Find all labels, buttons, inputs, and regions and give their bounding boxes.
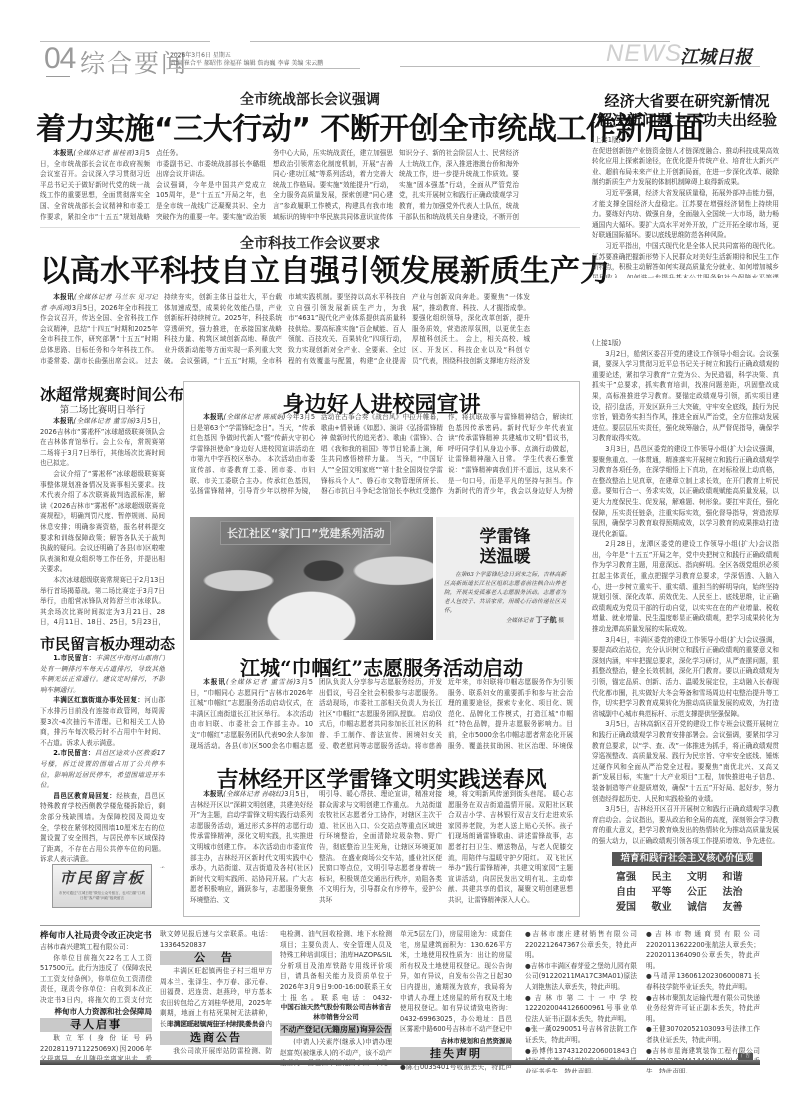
message-board-logo-caption: 市民可通过“江城日报”微信公众号留言，也可扫描“江城日报”客户端“问政”板块留言 <box>53 891 151 903</box>
list-item: ●王健30702052103093号法律工作者执业证丢失，特此声明。 <box>646 1024 760 1045</box>
core-value: 友善 <box>723 898 759 913</box>
photo-credit: 全媒体记者 丁子航 摄 <box>436 616 574 626</box>
news-label: NEWS <box>606 40 682 68</box>
photo-title: 送温暖 <box>436 547 574 567</box>
article-column: 务中心大局，压实统战责任，建立加强思想政治引领常态化制度机制，开展“吉善同心·建… <box>273 148 393 222</box>
ad-signature: 丰满区旺起镇两佳子村村民委员会 <box>160 1019 272 1030</box>
core-values-title: 培育和践行社会主义核心价值观 <box>612 852 762 866</box>
ad-notice-title: 不动产登记(无籍房屋)询异公告 <box>280 1023 392 1036</box>
ad-notice-title: 公 告 <box>160 951 272 965</box>
page-number: 04 <box>44 42 75 76</box>
list-item: ●吉林市物通商贸有限公司220201136222​00张航法人章丢失；22020… <box>646 929 760 971</box>
core-value: 公正 <box>687 883 723 898</box>
article-headline: 经济大省要在研究新情况 <box>592 92 782 111</box>
byline: 本报讯 <box>53 149 73 157</box>
ads-top-rule <box>40 925 760 926</box>
article-column: 本报讯(全媒体记者 孙晓红)3月5日，吉林经开区以“深耕文明创建，共建美好经开”… <box>190 789 313 907</box>
article-column: 明引导、暖心帮扶、理论宣讲，精准对接群众需求与文明创建工作重点。 九站街道农牧社… <box>319 789 442 907</box>
ad-signature: 中国石油天然气股份有限公司吉林省吉林市销售分公司 <box>280 1003 392 1022</box>
article-headline: 市民留言板办理动态 <box>40 633 165 654</box>
byline-detail: (全媒体记者 崔桂晋) <box>73 149 134 157</box>
core-value: 文明 <box>687 868 723 883</box>
news-photo: 长江社区“家门口”党建系列活动 <box>190 517 433 640</box>
article-column: 境，将文明新风传递到街头巷尾。 暖心志愿服务在双吉街道温情开展。双阳社区联合双吉… <box>448 789 573 907</box>
article-column: 市域实践机制。要坚持以高水平科技自立自强引领发展新质生产力，为我市“4631”现… <box>288 292 406 366</box>
core-value: 自由 <box>616 883 652 898</box>
article-column: 持续夯实，创新主体日益壮大，平台载体加速成型，成果转化效能凸显，产业创新标杆持续… <box>164 292 282 366</box>
article-column: 点任务。 市委副书记、市委统战部部长李璐组出席会议并讲话。 会议强调，今年是中国… <box>156 148 266 222</box>
ad-notice-title: 选商公告 <box>160 1031 272 1045</box>
ad-notices-list: ●吉林市物通商贸有限公司220201136222​00张航法人章丢失；22020… <box>646 929 760 1073</box>
core-value: 民主 <box>652 868 688 883</box>
article-headline: 解决新问题上下功夫出经验 <box>592 111 782 130</box>
core-values-panel: 培育和践行社会主义核心价值观 富强 民主 文明 和谐 自由 平等 公正 法治 爱… <box>612 852 762 914</box>
photo-caption-box: 学雷锋 送温暖 在第63个学雷锋纪念日到来之际，吉林高新区高新街道长江社区组织志… <box>436 517 574 640</box>
list-item: ●吉林市丰满区春芽爱之堡幼儿园有限公司(91220211MA17C3MA01)原… <box>525 961 637 993</box>
ad-body: 吉林市森兴建筑工程有限公司： 你单位目前拖欠22名工人工资517500元。此行为… <box>40 942 152 1006</box>
ad-notice-title: 寻人启事 <box>40 1018 152 1032</box>
article-column: 近年来，市妇联将巾帼志愿服务作为引领服务、联系妇女的重要抓手和参与社会治理的重要… <box>448 677 573 749</box>
ad-body: 电检测、油气回收检测、地下水检测项目；主要负责人、安全管理人员及特殊工种培训项目… <box>280 929 392 1003</box>
core-value: 和谐 <box>723 868 759 883</box>
core-value: 富强 <box>616 868 652 883</box>
ad-notices-list: ●吉林市康庄建材销售有限公司22022126473​67公章丢失，特此声明。 ●… <box>525 929 637 1073</box>
divider <box>40 227 580 228</box>
ad-tag: 广告 <box>738 1053 753 1060</box>
article-column: 本报讯(全媒体记者 陈威娟)今年3月5日是第63个“学雷锋纪念日”。当天，“传承… <box>190 412 315 497</box>
core-value: 敬业 <box>652 898 688 913</box>
core-value: 爱国 <box>616 898 652 913</box>
continued-article: (上接1版) 3月2日，船营区委召开党的建设工作领导小组会议。会议强调，要深入学… <box>592 338 779 846</box>
ad-body: 耿立军(身份证号码22028119711225069X)因2006年父母离异，女… <box>40 1033 152 1063</box>
ad-title: 桦甸市人社局责令改正决定书 <box>40 929 152 941</box>
photo-people <box>190 541 433 640</box>
article-column: 知识分子、新的社会阶层人士、民营经济人士统战工作，深入推进港澳台侨和海外统战工作… <box>399 148 519 222</box>
core-value: 法治 <box>723 883 759 898</box>
message-board-logo-text: 市民留言板 <box>53 865 151 891</box>
ad-signature: 吉林市规划和自然资源局 <box>400 1036 512 1047</box>
photo-caption: 在第63个学雷锋纪念日到来之际，吉林高新区高新街道长江社区组织志愿者前往枫合山养… <box>436 567 574 616</box>
ad-body: 我公司欲开展库站防雷检测、防静 <box>160 1046 272 1058</box>
list-item: ●马靖萍136061202306000871长春科技学院毕业证丢失，特此声明。 <box>646 971 760 992</box>
article-headline: 以高水平科技自立自强引领发展新质生产力 <box>40 246 580 290</box>
article-headline: 着力实施“三大行动” 不断开创全市统战工作新局面 <box>36 104 581 148</box>
article-column: 本报讯(全媒体记者 马兰东 见习记者 李禹鸿)3月5日，2026年全市科技工作会… <box>40 292 158 366</box>
core-value: 平等 <box>652 883 688 898</box>
article-subhead: 第二场比赛明日举行 <box>40 402 165 416</box>
page-number-underline <box>46 76 70 77</box>
article-column: 本报讯(全媒体记者 崔桂晋)3月5日，全市统战部长会议在市政府视频会议室召开。会… <box>40 148 150 222</box>
article-column: 作，将抗联故事与雷锋精神结合，解读红色基因传承密码。新时代好少年代表宣读“传承雷… <box>448 412 573 497</box>
article-column: 本报讯(全媒体记者 董雪扬)3月5日，“巾帼同心 志愿同行”吉林市2026年江城… <box>190 677 313 749</box>
article-column: 产业与创新双向奔赴。要聚焦“一体发展”，推动教育、科技、人才握指成拳。要强化组织… <box>412 292 530 366</box>
editors-line: 责编 崔合平 郝昭伟 徐福祥 编辑 詹海巍 李睿 美编 宋云鹏 <box>170 59 323 68</box>
masthead-bottom-rule <box>170 68 360 69</box>
article-body: 本报讯(全媒体记者 董雪扬)3月5日，2026吉林市“雾凇杯”冰球超级联赛领队会… <box>40 416 165 628</box>
list-item: ●吉林市第二十一中学校12220200441266009​61号事业单位法人证书… <box>525 993 637 1025</box>
photo-title: 学雷锋 <box>436 527 574 547</box>
ad-signature: 桦甸市人力资源和社会保障局 <box>40 1006 152 1017</box>
article-column: 团队负责人分享参与志愿服务经历，并发出倡议，号召全社会积极参与志愿服务。活动现场… <box>319 677 442 749</box>
continued-article: (上接1版) 在促进创新链产业链资金链人才链深度融合、推动科技成果高效转化应用上… <box>592 135 779 278</box>
article-column: 活动在古筝合奏《战台风》中拉开帷幕，歌曲+情景诵《如愿》、演讲《弘扬雷锋精神 做… <box>321 412 443 497</box>
list-item: ●吉林市康庄建材销售有限公司22022126473​67公章丢失，特此声明。 <box>525 929 637 961</box>
list-item: ●吉林市聚凯友运输代理有限公司快递业务经营许可证正副本丢失，特此声明。 <box>646 993 760 1025</box>
core-value: 诚信 <box>687 898 723 913</box>
ad-notice-title: 挂失声明 <box>400 1047 512 1061</box>
ad-body: 单元5层左门)，房屋用途为：成套住宅，房屋建筑面积为：130.626平方米，土地… <box>400 929 512 1035</box>
ad-body: 耿文婷见报后速与父亲联系。电话：13364520837 <box>160 929 272 950</box>
paper-name-logo: 江城日报 <box>680 43 752 69</box>
core-values-grid: 富强 民主 文明 和谐 自由 平等 公正 法治 爱国 敬业 诚信 友善 <box>612 866 762 915</box>
page-footer-bar <box>40 1060 760 1065</box>
message-board-logo: 市民留言板 市民可通过“江城日报”微信公众号留言，也可扫描“江城日报”客户端“问… <box>52 864 152 908</box>
message-board-body: 1.市民留言：丰满区中海河山郡南门处有一辆排污车每天占道排污，导致其他车辆无法正… <box>40 653 165 868</box>
list-item: ●张一薰0290051号吉林省法院工作证丢失，特此声明。 <box>525 1024 637 1045</box>
